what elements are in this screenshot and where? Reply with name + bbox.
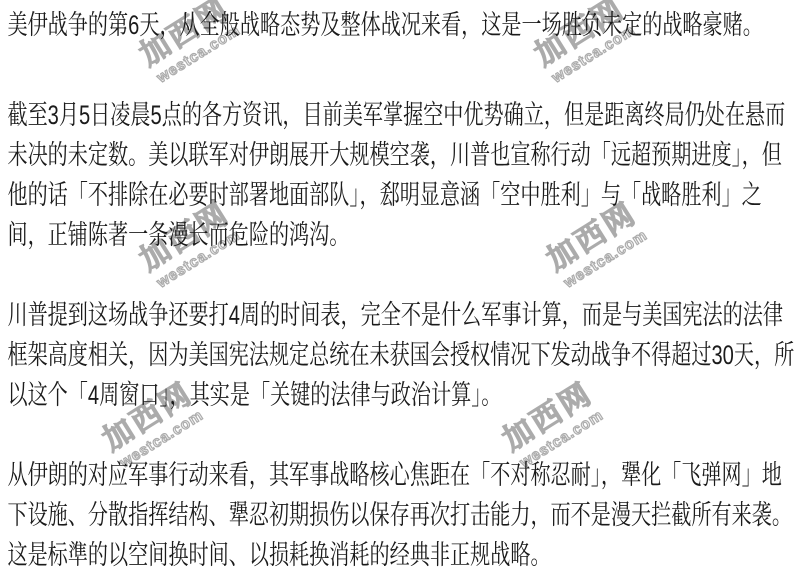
paragraph: 从伊朗的对应军事行动来看，其军事战略核心焦距在「不对称忍耐」，犟化「飞弹网」地下… <box>7 455 792 575</box>
paragraph: 截至3月5日凌晨5点的各方资讯，目前美军掌握空中优势确立，但是距离终局仍处在悬而… <box>7 95 792 255</box>
article-page: 加西网westca.com加西网westca.com加西网westca.com加… <box>0 0 800 576</box>
paragraph: 川普提到这场战争还要打4周的时间表，完全不是什么军事计算，而是与美国宪法的法律框… <box>7 295 792 415</box>
text-line: 下设施、分散指挥结构、犟忍初期损伤以保存再次打击能力，而不是漫天拦截所有来袭。 <box>7 495 792 535</box>
text-line: 这是标準的以空间换时间、以损耗换消耗的经典非正规战略。 <box>7 535 792 575</box>
text-line: 截至3月5日凌晨5点的各方资讯，目前美军掌握空中优势确立，但是距离终局仍处在悬而 <box>7 95 792 135</box>
text-line: 框架高度相关，因为美国宪法规定总统在未获国会授权情况下发动战争不得超过30天，所 <box>7 335 792 375</box>
text-line: 川普提到这场战争还要打4周的时间表，完全不是什么军事计算，而是与美国宪法的法律 <box>7 295 792 335</box>
text-line: 他的话「不排除在必要时部署地面部队」，郄明显意涵「空中胜利」与「战略胜利」之 <box>7 175 792 215</box>
text-line: 未决的未定数。美以联军对伊朗展开大规模空袭，川普也宣称行动「远超预期进度」，但 <box>7 135 792 175</box>
paragraph: 美伊战争的第6天，从全般战略态势及整体战况来看，这是一场胜负未定的战略豪赌。 <box>7 5 792 45</box>
article-text: 美伊战争的第6天，从全般战略态势及整体战况来看，这是一场胜负未定的战略豪赌。截至… <box>0 0 800 575</box>
text-line: 间，正铺陈著一条漫长而危险的鸿沟。 <box>7 215 792 255</box>
text-line: 以这个「4周窗口」，其实是「关键的法律与政治计算」。 <box>7 375 792 415</box>
text-line: 从伊朗的对应军事行动来看，其军事战略核心焦距在「不对称忍耐」，犟化「飞弹网」地 <box>7 455 792 495</box>
text-line: 美伊战争的第6天，从全般战略态势及整体战况来看，这是一场胜负未定的战略豪赌。 <box>7 5 792 45</box>
